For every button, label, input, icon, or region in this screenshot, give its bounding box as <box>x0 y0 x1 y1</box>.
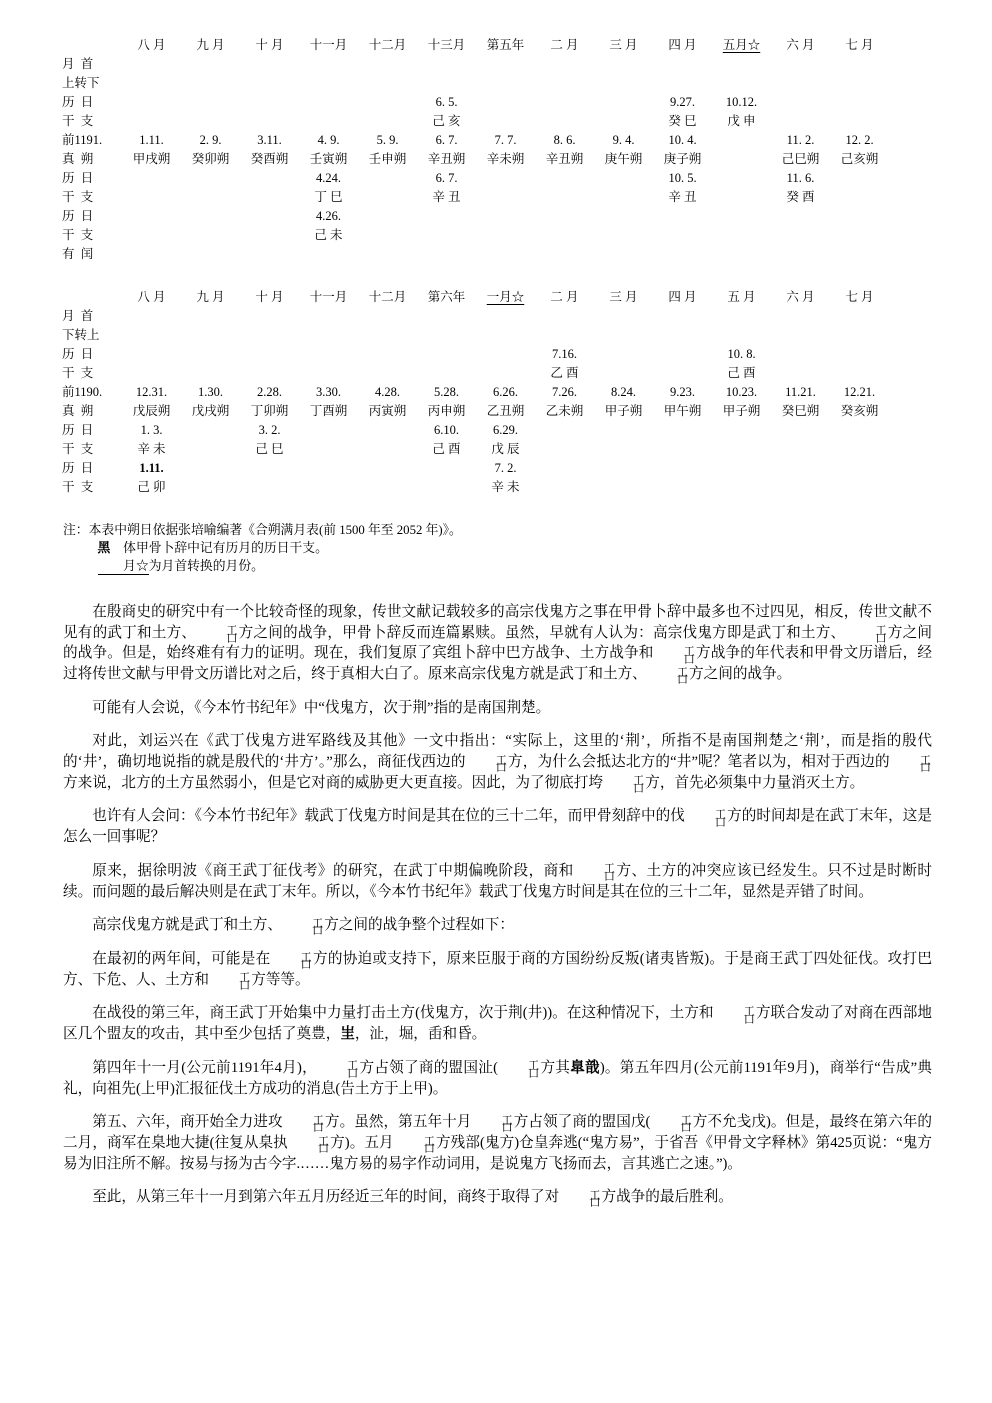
table-cell <box>181 326 240 345</box>
text-run: 至此，从第三年十一月到第六年五月历经近三年的时间，商终于取得了对 <box>92 1189 559 1205</box>
glyph-bottom: 口 <box>575 874 615 882</box>
table-cell: 7. 2. <box>476 459 535 478</box>
paragraph: 可能有人会说，《今本竹书纪年》中“伐鬼方，次于荆”指的是南国荆楚。 <box>63 698 932 719</box>
row-label: 干 支 <box>60 478 122 497</box>
table-cell <box>299 55 358 74</box>
glyph-bottom: 口 <box>271 962 311 970</box>
month-header: 十三月 <box>417 36 476 55</box>
table-cell <box>476 188 535 207</box>
glyph-bottom: 口 <box>395 1146 435 1154</box>
glyph-bottom: 口 <box>560 1200 600 1208</box>
footnote-line-1: 注：本表中朔日依据张培喻编著《合朔满月表(前 1500 年至 2052 年)》。 <box>98 521 932 539</box>
row-label: 干 支 <box>60 440 122 459</box>
table-cell <box>653 364 712 383</box>
table-cell: 7.16. <box>535 345 594 364</box>
table-cell <box>358 440 417 459</box>
table-cell <box>417 226 476 245</box>
table-cell <box>240 93 299 112</box>
table-cell <box>830 440 889 459</box>
table-cell <box>653 55 712 74</box>
table-cell <box>594 93 653 112</box>
text-run: 第四年十一月(公元前1191年4月)， <box>92 1060 317 1076</box>
table-cell: 辛 丑 <box>653 188 712 207</box>
bold-term: 㞷 <box>340 1026 355 1042</box>
table-cell <box>476 112 535 131</box>
table-cell: 4.24. <box>299 169 358 188</box>
month-header: 三 月 <box>594 288 653 307</box>
table-cell <box>771 326 830 345</box>
table-cell <box>830 55 889 74</box>
table-cell <box>594 112 653 131</box>
row-label: 下转上 <box>60 326 122 345</box>
gong-fang-glyph: 工口 <box>574 866 616 881</box>
table-cell: 己 亥 <box>417 112 476 131</box>
glyph-bottom: 口 <box>289 1146 329 1154</box>
table-cell: 10.23.甲子朔 <box>712 383 771 421</box>
table-cell: 7. 7.辛未朔 <box>476 131 535 169</box>
table-cell <box>830 226 889 245</box>
table-cell <box>712 169 771 188</box>
glyph-bottom: 口 <box>686 820 726 828</box>
table-cell <box>181 459 240 478</box>
table-cell: 12.21.癸亥朔 <box>830 383 889 421</box>
row-label: 有 闰 <box>60 245 122 264</box>
table-cell <box>594 74 653 93</box>
table-cell <box>771 478 830 497</box>
month-header: 十一月 <box>299 36 358 55</box>
table-cell <box>712 131 771 169</box>
text-run: 第五、六年，商开始全力进攻 <box>92 1114 282 1130</box>
table-row: 月 首 <box>60 307 992 326</box>
table-cell <box>712 421 771 440</box>
row-label: 干 支 <box>60 188 122 207</box>
table-cell: 12.31.戊辰朔 <box>122 383 181 421</box>
table-cell: 1.11. <box>122 459 181 478</box>
gong-fang-glyph: 工口 <box>282 921 324 936</box>
text-run: 为月首转换的月份。 <box>149 559 264 573</box>
month-header-row: 八 月九 月十 月十一月十二月十三月第五年二 月三 月四 月五月☆六 月七 月 <box>60 36 992 55</box>
table-cell <box>299 345 358 364</box>
table-cell: 1.30.戊戌朔 <box>181 383 240 421</box>
paragraph: 在殷商史的研究中有一个比较奇怪的现象，传世文献记载较多的高宗伐鬼方之事在甲骨卜辞… <box>63 602 932 685</box>
table-cell: 10.12. <box>712 93 771 112</box>
table-cell <box>181 74 240 93</box>
table-cell: 辛 未 <box>122 440 181 459</box>
table-cell: 癸 酉 <box>771 188 830 207</box>
table-cell: 6. 7. <box>417 169 476 188</box>
table-cell <box>240 345 299 364</box>
month-header: 四 月 <box>653 288 712 307</box>
table-cell <box>476 93 535 112</box>
paragraph: 在战役的第三年，商王武丁开始集中力量打击土方(伐鬼方，次于荆(井))。在这种情况… <box>63 1003 932 1044</box>
table-cell <box>535 55 594 74</box>
month-header: 十二月 <box>358 36 417 55</box>
glyph-bottom: 口 <box>472 1125 512 1133</box>
table-cell: 10. 8. <box>712 345 771 364</box>
table-cell <box>594 478 653 497</box>
table-cell: 2.28.丁卯朔 <box>240 383 299 421</box>
text-run: 也许有人会问：《今本竹书纪年》载武丁伐鬼方时间是其在位的三十二年，而甲骨刻辞中的… <box>92 808 685 824</box>
row-label: 上转下 <box>60 74 122 93</box>
row-label: 月 首 <box>60 55 122 74</box>
gong-fang-glyph: 工口 <box>647 670 689 685</box>
table-cell <box>299 459 358 478</box>
table-cell: 己 酉 <box>417 440 476 459</box>
glyph-bottom: 口 <box>651 1125 691 1133</box>
table-cell <box>417 459 476 478</box>
table-cell <box>299 74 358 93</box>
table-row: 前1191.真 朔1.11.甲戌朔2. 9.癸卯朔3.11.癸酉朔4. 9.壬寅… <box>60 131 992 169</box>
table-cell <box>417 207 476 226</box>
table-row: 历 日1. 3.3. 2.6.10.6.29. <box>60 421 992 440</box>
table-cell <box>181 478 240 497</box>
paragraph: 高宗伐鬼方就是武丁和土方、工口方之间的战争整个过程如下： <box>63 915 932 936</box>
table-cell: 6. 5. <box>417 93 476 112</box>
table-cell <box>181 245 240 264</box>
glyph-bottom: 口 <box>283 928 323 936</box>
table-cell <box>771 307 830 326</box>
month-header: 一月☆ <box>476 288 535 307</box>
text-run: 方等等。 <box>251 972 309 988</box>
table-cell <box>535 226 594 245</box>
table-cell <box>830 245 889 264</box>
table-cell <box>830 207 889 226</box>
table-cell <box>358 245 417 264</box>
table-cell <box>181 93 240 112</box>
row-label: 月 首 <box>60 307 122 326</box>
table-cell <box>299 440 358 459</box>
text-run: 在战役的第三年，商王武丁开始集中力量打击土方(伐鬼方，次于荆(井))。在这种情况… <box>92 1005 713 1021</box>
gong-fang-glyph: 工口 <box>890 758 932 773</box>
table-cell <box>417 345 476 364</box>
table-cell <box>535 245 594 264</box>
table-cell <box>358 226 417 245</box>
table-cell: 1.11.甲戌朔 <box>122 131 181 169</box>
table-cell <box>476 169 535 188</box>
table-cell <box>122 307 181 326</box>
table-cell: 6.29. <box>476 421 535 440</box>
glyph-bottom: 口 <box>499 1071 539 1079</box>
table-cell <box>771 226 830 245</box>
table-row: 干 支乙 酉己 酉 <box>60 364 992 383</box>
table-cell <box>299 93 358 112</box>
table-cell <box>653 459 712 478</box>
table-cell <box>653 326 712 345</box>
table-cell <box>830 112 889 131</box>
table-cell <box>535 326 594 345</box>
paragraph: 也许有人会问：《今本竹书纪年》载武丁伐鬼方时间是其在位的三十二年，而甲骨刻辞中的… <box>63 806 932 847</box>
month-header: 六 月 <box>771 36 830 55</box>
table-cell <box>594 459 653 478</box>
table-cell: 10. 4.庚子朔 <box>653 131 712 169</box>
text-run: 方来说，北方的土方虽然弱小，但是它对商的威胁更大更直接。因此，为了彻底打垮 <box>63 775 603 791</box>
text-run: 方。虽然，第五年十月 <box>325 1114 472 1130</box>
table-cell <box>240 459 299 478</box>
table-row: 干 支己 亥癸 巳戊 申 <box>60 112 992 131</box>
table-cell <box>771 74 830 93</box>
table-cell <box>181 207 240 226</box>
paragraph: 第五、六年，商开始全力进攻工口方。虽然，第五年十月工口方占领了商的盟国戊(工口方… <box>63 1112 932 1174</box>
text-run: ，沚，堀，臿和昏。 <box>355 1026 486 1042</box>
month-header: 十 月 <box>240 36 299 55</box>
table-cell: 11. 2.己巳朔 <box>771 131 830 169</box>
table-cell <box>712 188 771 207</box>
table-cell <box>358 93 417 112</box>
row-label: 前1190.真 朔 <box>60 383 122 421</box>
table-cell <box>122 364 181 383</box>
table-cell <box>240 245 299 264</box>
table-cell: 4.26. <box>299 207 358 226</box>
table-cell <box>594 345 653 364</box>
table-cell <box>122 112 181 131</box>
table-cell <box>653 345 712 364</box>
table-cell <box>299 364 358 383</box>
table-cell <box>240 188 299 207</box>
table-cell <box>122 169 181 188</box>
gong-fang-glyph: 工口 <box>471 1118 513 1133</box>
table-cell <box>594 169 653 188</box>
glyph-bottom: 口 <box>891 765 931 773</box>
table-row: 干 支己 未 <box>60 226 992 245</box>
row-label: 历 日 <box>60 421 122 440</box>
table-cell <box>358 478 417 497</box>
table-cell <box>712 55 771 74</box>
gong-fang-glyph: 工口 <box>685 812 727 827</box>
text-run: 方战争的最后胜利。 <box>601 1189 732 1205</box>
table-cell <box>476 326 535 345</box>
table-gap <box>0 264 992 288</box>
table-cell <box>830 307 889 326</box>
text-run: 在最初的两年间，可能是在 <box>92 951 270 967</box>
glyph-bottom: 口 <box>467 765 507 773</box>
text-run: 方之间的战争。 <box>689 666 791 682</box>
table-cell <box>299 245 358 264</box>
table-cell <box>830 459 889 478</box>
table-cell <box>417 307 476 326</box>
table-cell <box>417 74 476 93</box>
table-cell <box>122 326 181 345</box>
table-cell <box>653 245 712 264</box>
table-cell <box>240 478 299 497</box>
table-cell: 己 未 <box>299 226 358 245</box>
row-label: 历 日 <box>60 459 122 478</box>
table-cell <box>476 226 535 245</box>
table-cell <box>712 207 771 226</box>
table-cell <box>653 226 712 245</box>
month-header: 八 月 <box>122 36 181 55</box>
table-cell <box>122 55 181 74</box>
table-cell <box>594 364 653 383</box>
table-row: 历 日1.11.7. 2. <box>60 459 992 478</box>
table-cell <box>181 421 240 440</box>
table-cell <box>240 326 299 345</box>
table-row: 历 日7.16.10. 8. <box>60 345 992 364</box>
table-cell <box>417 326 476 345</box>
table-cell <box>358 326 417 345</box>
footnote-line-3: 月☆为月首转换的月份。 <box>98 557 932 575</box>
table-row: 月 首 <box>60 55 992 74</box>
table-cell <box>417 55 476 74</box>
table-cell: 12. 2.己亥朔 <box>830 131 889 169</box>
table-cell: 3.11.癸酉朔 <box>240 131 299 169</box>
table-cell: 1. 3. <box>122 421 181 440</box>
month-header: 九 月 <box>181 36 240 55</box>
table-cell <box>417 478 476 497</box>
table-row: 上转下 <box>60 74 992 93</box>
month-header: 十二月 <box>358 288 417 307</box>
table-cell: 6.26.乙丑朔 <box>476 383 535 421</box>
row-label: 历 日 <box>60 345 122 364</box>
table-cell <box>653 74 712 93</box>
text-run: 高宗伐鬼方就是武丁和土方、 <box>92 917 282 933</box>
table-cell <box>122 207 181 226</box>
table-cell <box>358 74 417 93</box>
bold-term: 黑 <box>98 541 111 555</box>
table-cell <box>771 459 830 478</box>
table-cell <box>830 188 889 207</box>
table-cell: 7.26.乙未朔 <box>535 383 594 421</box>
glyph-bottom: 口 <box>648 677 688 685</box>
table-cell <box>830 169 889 188</box>
month-header: 六 月 <box>771 288 830 307</box>
table-cell <box>240 55 299 74</box>
table-cell: 4. 9.壬寅朔 <box>299 131 358 169</box>
glyph-bottom: 口 <box>284 1125 324 1133</box>
table-cell <box>240 74 299 93</box>
table-cell <box>830 478 889 497</box>
table-cell <box>299 326 358 345</box>
text-run: 方之间的战争整个过程如下： <box>324 917 514 933</box>
table-cell <box>476 364 535 383</box>
table-cell <box>653 478 712 497</box>
table-cell: 11. 6. <box>771 169 830 188</box>
month-header: 九 月 <box>181 288 240 307</box>
table-cell <box>476 74 535 93</box>
table-cell <box>240 169 299 188</box>
table-cell <box>712 326 771 345</box>
table-cell: 辛 丑 <box>417 188 476 207</box>
month-header: 十一月 <box>299 288 358 307</box>
text-run: 方之间的战争，甲骨卜辞反而连篇累赎。虽然，早就有人认为：高宗伐鬼方即是武丁和土方… <box>238 625 845 641</box>
glyph-bottom: 口 <box>655 657 695 665</box>
table-cell <box>712 478 771 497</box>
gong-fang-glyph: 工口 <box>654 649 696 664</box>
gong-fang-glyph: 工口 <box>394 1139 436 1154</box>
glyph-bottom: 口 <box>318 1071 358 1079</box>
table-cell <box>771 364 830 383</box>
text-run: 可能有人会说，《今本竹书纪年》中“伐鬼方，次于荆”指的是南国荆楚。 <box>92 700 550 716</box>
text-run: 方)。五月 <box>330 1135 394 1151</box>
table-cell <box>181 55 240 74</box>
text-run: 方其 <box>540 1060 570 1076</box>
table-cell <box>358 112 417 131</box>
table-cell <box>594 326 653 345</box>
table-cell <box>181 345 240 364</box>
text-run: 方占领了商的盟国沚( <box>359 1060 498 1076</box>
table-cell <box>653 421 712 440</box>
table-cell <box>299 112 358 131</box>
bold-term: 臯戠 <box>570 1060 600 1076</box>
month-header: 二 月 <box>535 288 594 307</box>
table-row: 历 日4.24.6. 7.10. 5.11. 6. <box>60 169 992 188</box>
table-cell <box>181 188 240 207</box>
glyph-bottom: 口 <box>715 1017 755 1025</box>
table-cell: 5. 9.壬申朔 <box>358 131 417 169</box>
table-cell <box>594 207 653 226</box>
glyph-bottom: 口 <box>604 786 644 794</box>
table-cell <box>830 93 889 112</box>
table-cell <box>240 364 299 383</box>
row-label <box>60 288 122 307</box>
month-header: 四 月 <box>653 36 712 55</box>
table-cell <box>712 74 771 93</box>
row-label: 历 日 <box>60 93 122 112</box>
table-cell: 9.27. <box>653 93 712 112</box>
paragraph: 对此，刘运兴在《武丁伐鬼方进军路线及其他》一文中指出：“实际上，这里的‘荆’，所… <box>63 731 932 793</box>
gong-fang-glyph: 工口 <box>466 758 508 773</box>
table-cell: 10. 5. <box>653 169 712 188</box>
table-cell: 戊 辰 <box>476 440 535 459</box>
gong-fang-glyph: 工口 <box>603 778 645 793</box>
table-cell <box>535 440 594 459</box>
table-cell <box>771 112 830 131</box>
table-cell: 丁 巳 <box>299 188 358 207</box>
table-row: 前1190.真 朔12.31.戊辰朔1.30.戊戌朔2.28.丁卯朔3.30.丁… <box>60 383 992 421</box>
text-run: 方占领了商的盟国戊( <box>514 1114 651 1130</box>
table-cell: 11.21.癸巳朔 <box>771 383 830 421</box>
table-cell <box>594 226 653 245</box>
row-label: 历 日 <box>60 207 122 226</box>
table-cell <box>712 245 771 264</box>
calendar-table-year5: 八 月九 月十 月十一月十二月十三月第五年二 月三 月四 月五月☆六 月七 月月… <box>60 36 992 264</box>
table-cell <box>771 93 830 112</box>
gong-fang-glyph: 工口 <box>283 1118 325 1133</box>
table-cell <box>181 226 240 245</box>
table-cell <box>830 345 889 364</box>
table-cell <box>358 307 417 326</box>
table-cell <box>594 421 653 440</box>
paragraph: 原来，据徐明波《商王武丁征伐考》的研究，在武丁中期偏晚阶段，商和工口方、土方的冲… <box>63 861 932 902</box>
table-cell <box>299 307 358 326</box>
table-cell: 戊 申 <box>712 112 771 131</box>
month-header: 第五年 <box>476 36 535 55</box>
table-cell <box>594 307 653 326</box>
table-cell <box>535 421 594 440</box>
table-cell: 9. 4.庚午朔 <box>594 131 653 169</box>
month-header: 七 月 <box>830 36 889 55</box>
footnote-line-2: 黑 体甲骨卜辞中记有历月的历日干支。 <box>98 539 932 557</box>
table-cell <box>476 345 535 364</box>
table-cell <box>417 245 476 264</box>
table-cell <box>299 421 358 440</box>
table-cell: 5.28.丙申朔 <box>417 383 476 421</box>
paragraph: 第四年十一月(公元前1191年4月)，工口方占领了商的盟国沚(工口方其臯戠)。第… <box>63 1058 932 1099</box>
table-cell <box>358 207 417 226</box>
table-cell <box>535 478 594 497</box>
table-cell: 辛 未 <box>476 478 535 497</box>
table-cell <box>122 245 181 264</box>
table-cell <box>771 55 830 74</box>
table-cell: 6.10. <box>417 421 476 440</box>
glyph-bottom: 口 <box>210 983 250 991</box>
month-header: 七 月 <box>830 288 889 307</box>
table-cell <box>535 169 594 188</box>
table-cell <box>535 188 594 207</box>
month-header: 三 月 <box>594 36 653 55</box>
table-cell <box>358 345 417 364</box>
table-cell <box>712 440 771 459</box>
table-cell <box>181 364 240 383</box>
